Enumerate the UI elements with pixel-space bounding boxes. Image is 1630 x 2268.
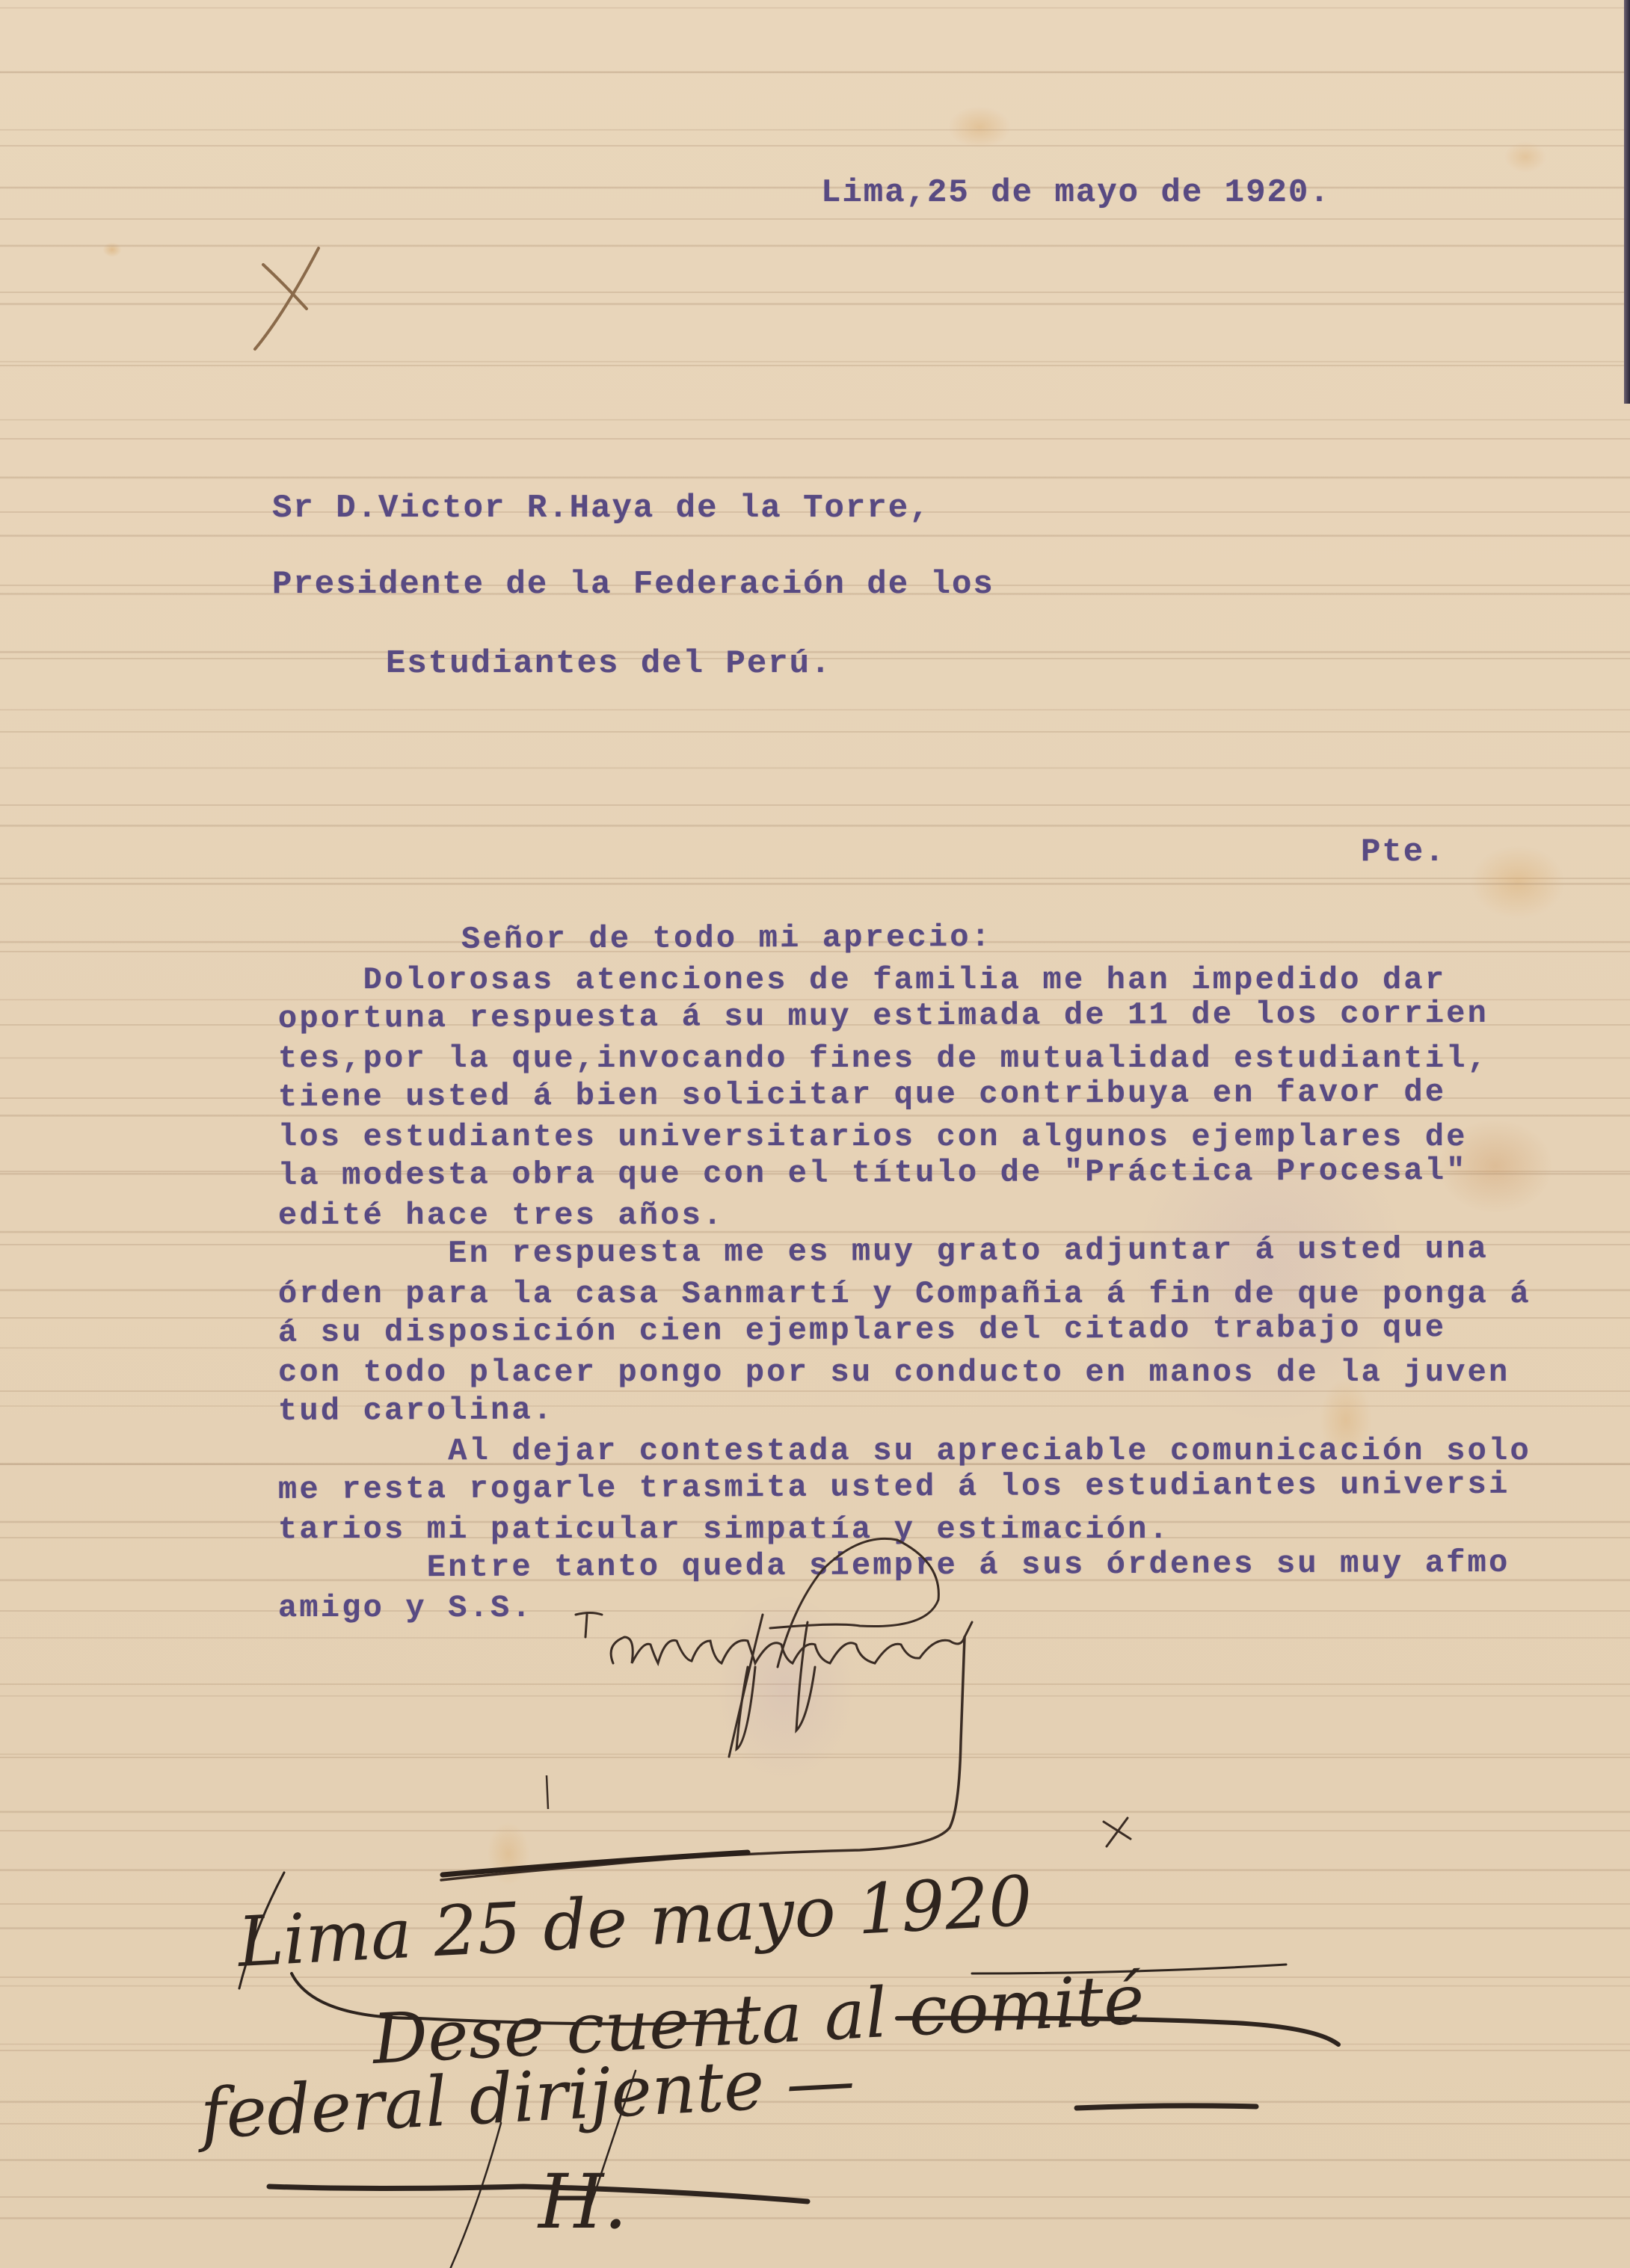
body-line: Dolorosas atenciones de familia me han i… [278, 961, 1624, 1000]
page-edge-shadow [1624, 0, 1630, 404]
body-line: la modesta obra que con el título de "Pr… [278, 1150, 1624, 1195]
addressee-name: Sr D.Victor R.Haya de la Torre, [272, 492, 931, 525]
body-line: En respuesta me es muy grato adjuntar á … [278, 1229, 1624, 1274]
body-line: tud carolina. [278, 1386, 1624, 1431]
body-line: tiene usted á bien solicitar que contrib… [278, 1072, 1624, 1117]
body-line: oportuna respuesta á su muy estimada de … [278, 993, 1624, 1038]
body-line: tes,por la que,invocando fines de mutual… [278, 1039, 1624, 1079]
addressee-title: Presidente de la Federación de los [272, 568, 994, 601]
date-line: Lima,25 de mayo de 1920. [821, 176, 1331, 209]
addressee-organization: Estudiantes del Perú. [386, 647, 832, 680]
closing: amigo y S.S. [278, 1588, 1624, 1628]
body-line: me resta rogarle trasmita usted á los es… [278, 1464, 1624, 1509]
body-line: Al dejar contestada su apreciable comuni… [278, 1432, 1624, 1471]
body-line: órden para la casa Sanmartí y Compañia á… [278, 1275, 1624, 1314]
body-line: edité hace tres años. [278, 1196, 1624, 1236]
location-abbreviation: Pte. [1361, 836, 1446, 869]
body-line: los estudiantes universitarios con algun… [278, 1118, 1624, 1157]
body-line: tarios mi paticular simpatía y estimació… [278, 1510, 1624, 1550]
salutation: Señor de todo mi aprecio: [278, 915, 1624, 960]
body-line: con todo placer pongo por su conducto en… [278, 1353, 1624, 1393]
body-line: Entre tanto queda siempre á sus órdenes … [278, 1543, 1624, 1588]
letter-body: Señor de todo mi aprecio: Dolorosas aten… [278, 921, 1624, 1627]
body-line: á su disposición cien ejemplares del cit… [278, 1307, 1624, 1352]
